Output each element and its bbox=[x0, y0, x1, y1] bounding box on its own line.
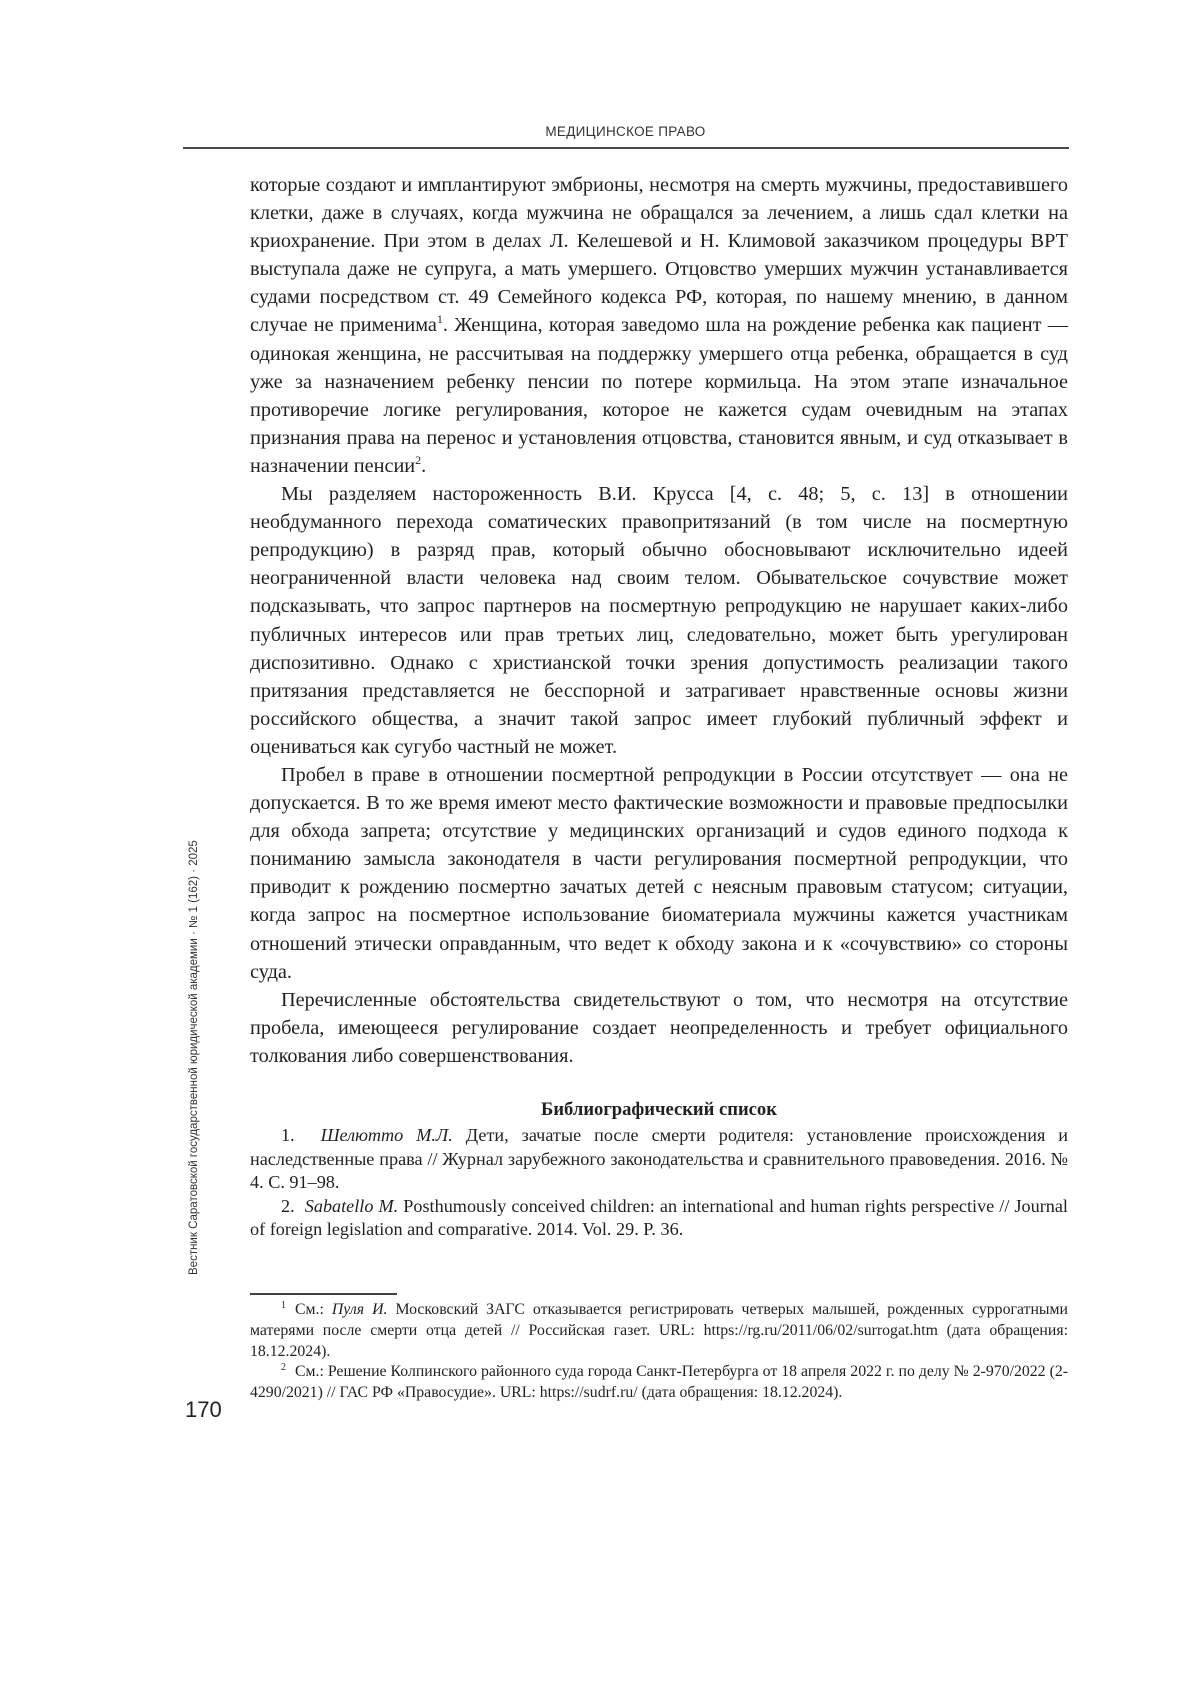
footnote-mark: 2 bbox=[281, 1362, 286, 1373]
footnote-mark: 1 bbox=[281, 1300, 286, 1311]
footnote: 2См.: Решение Колпинского районного суда… bbox=[250, 1362, 1068, 1404]
bib-author: Sabatello M. bbox=[305, 1196, 398, 1216]
footnote: 1См.: Пуля И. Московский ЗАГС отказывает… bbox=[250, 1300, 1068, 1362]
bib-author: Шелютто М.Л. bbox=[321, 1125, 453, 1145]
footnote-divider bbox=[250, 1293, 397, 1295]
header-divider bbox=[183, 147, 1069, 149]
running-header-section-title: МЕДИЦИНСКОЕ ПРАВО bbox=[183, 124, 1068, 139]
article-body: которые создают и имплантируют эмбрионы,… bbox=[250, 171, 1068, 1070]
body-paragraph: которые создают и имплантируют эмбрионы,… bbox=[250, 171, 1068, 480]
paragraph-text: которые создают и имплантируют эмбрионы,… bbox=[250, 174, 1068, 336]
bibliography-item: 2. Sabatello M. Posthumously conceived c… bbox=[250, 1195, 1068, 1242]
paragraph-text: . Женщина, которая заведомо шла на рожде… bbox=[250, 314, 1068, 476]
body-paragraph: Мы разделяем настороженность В.И. Крусса… bbox=[250, 480, 1068, 761]
body-paragraph: Перечисленные обстоятельства свидетельст… bbox=[250, 986, 1068, 1070]
journal-sidebar-line: Вестник Саратовской государственной юрид… bbox=[188, 755, 200, 1275]
bibliography-list: 1. Шелютто М.Л. Дети, зачатые после смер… bbox=[250, 1124, 1068, 1242]
footnote-prefix: См.: bbox=[295, 1363, 324, 1380]
body-paragraph: Пробел в праве в отношении посмертной ре… bbox=[250, 761, 1068, 986]
footnote-author: Пуля И. bbox=[332, 1301, 388, 1318]
page-number: 170 bbox=[185, 1397, 222, 1423]
footnotes: 1См.: Пуля И. Московский ЗАГС отказывает… bbox=[250, 1300, 1068, 1404]
bibliography-item: 1. Шелютто М.Л. Дети, зачатые после смер… bbox=[250, 1124, 1068, 1195]
bib-number: 2. bbox=[281, 1196, 295, 1216]
bib-number: 1. bbox=[281, 1125, 295, 1145]
footnote-text: Решение Колпинского районного суда город… bbox=[250, 1363, 1068, 1401]
paragraph-text: . bbox=[421, 455, 426, 477]
bibliography-title: Библиографический список bbox=[250, 1099, 1068, 1121]
footnote-prefix: См.: bbox=[295, 1301, 324, 1318]
